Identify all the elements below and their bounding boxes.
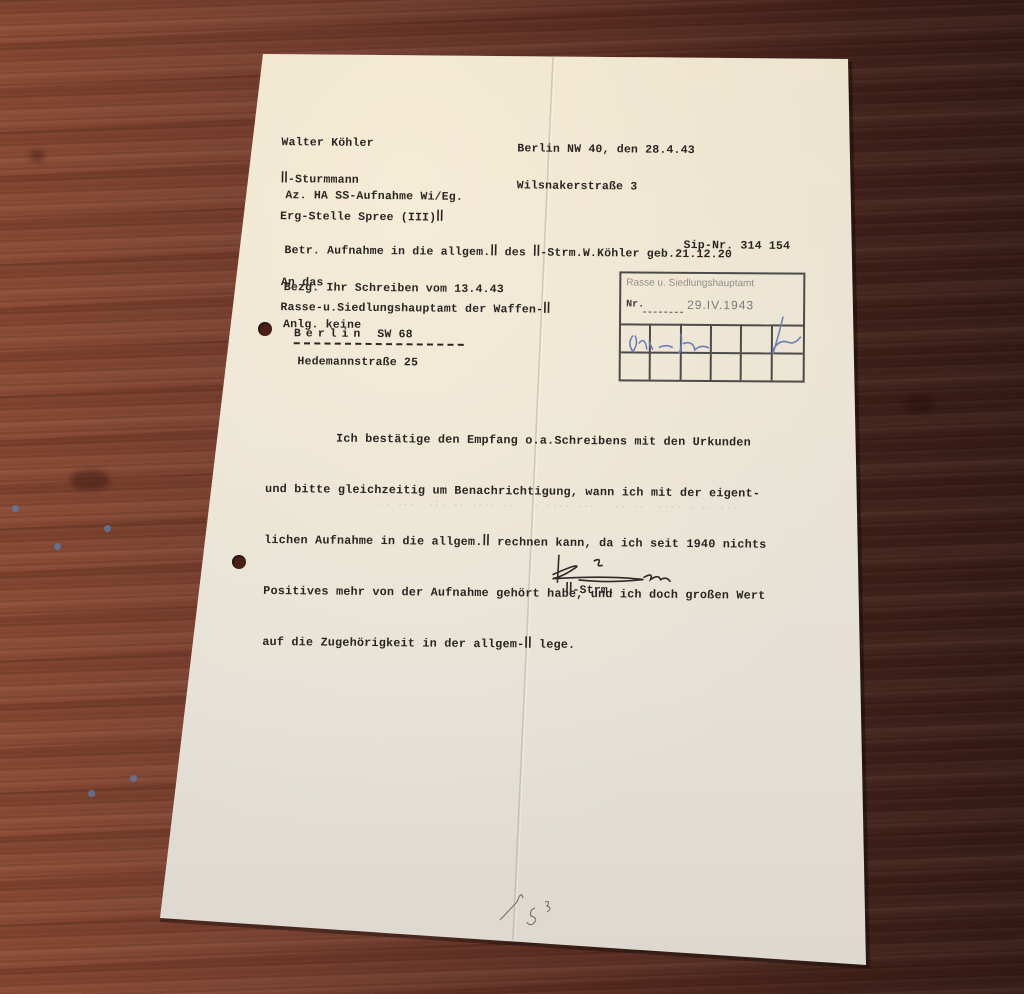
stamp-date: 29.IV.1943 bbox=[687, 298, 754, 312]
body-line: lichen Aufnahme in die allgem.ꟾꟾ rechnen… bbox=[264, 532, 767, 554]
pencil-note bbox=[495, 880, 565, 930]
paint-spot bbox=[12, 505, 19, 512]
paint-spot bbox=[54, 543, 61, 550]
place-date-block: Berlin NW 40, den 28.4.43 Wilsnakerstraß… bbox=[516, 118, 695, 219]
recipient-city-line: Berlin SW 68 bbox=[294, 328, 413, 342]
stamp-office: Rasse u. Siedlungshauptamt bbox=[626, 277, 754, 289]
sender-rank: ꟾꟾ-Sturmmann bbox=[281, 174, 445, 188]
wood-knot bbox=[70, 470, 110, 490]
recipient-office: Rasse-u.Siedlungshauptamt der Waffen-ꟾꟾ bbox=[280, 302, 550, 317]
letter-body: Ich bestätige den Empfang o.a.Schreibens… bbox=[261, 396, 769, 690]
sender-street: Wilsnakerstraße 3 bbox=[517, 180, 695, 194]
subject-betr: Betr. Aufnahme in die allgem.ꟾꟾ des ꟾꟾ-S… bbox=[284, 245, 732, 261]
closing-rank: ꟾꟾ-Strm. bbox=[565, 585, 615, 598]
receipt-stamp: Rasse u. Siedlungshauptamt Nr. 29.IV.194… bbox=[619, 271, 806, 382]
sip-number: Sip-Nr. 314 154 bbox=[683, 240, 790, 254]
place-date: Berlin NW 40, den 28.4.43 bbox=[517, 143, 695, 157]
punch-hole-top bbox=[258, 322, 272, 336]
recipient-salutation: An das bbox=[281, 277, 324, 290]
stamp-initials bbox=[623, 313, 803, 364]
wood-knot bbox=[905, 395, 935, 413]
recipient-city: Berlin bbox=[294, 327, 366, 341]
paint-spot bbox=[88, 790, 95, 797]
punch-hole-bottom bbox=[232, 555, 246, 569]
paint-spot bbox=[130, 775, 137, 782]
body-line: auf die Zugehörigkeit in der allgem-ꟾꟾ l… bbox=[262, 634, 765, 656]
stamp-nr-label: Nr. bbox=[626, 299, 644, 310]
recipient-postal-district: SW 68 bbox=[377, 328, 413, 341]
recipient-street: Hedemannstraße 25 bbox=[297, 356, 418, 370]
sender-name: Walter Köhler bbox=[281, 137, 445, 151]
paint-spot bbox=[104, 525, 111, 532]
wood-knot bbox=[30, 150, 44, 162]
reference-line: Az. HA SS-Aufnahme Wi/Eg. bbox=[285, 190, 463, 204]
body-line: Positives mehr von der Aufnahme gehört h… bbox=[263, 583, 766, 605]
body-line: Ich bestätige den Empfang o.a.Schreibens… bbox=[266, 430, 769, 452]
